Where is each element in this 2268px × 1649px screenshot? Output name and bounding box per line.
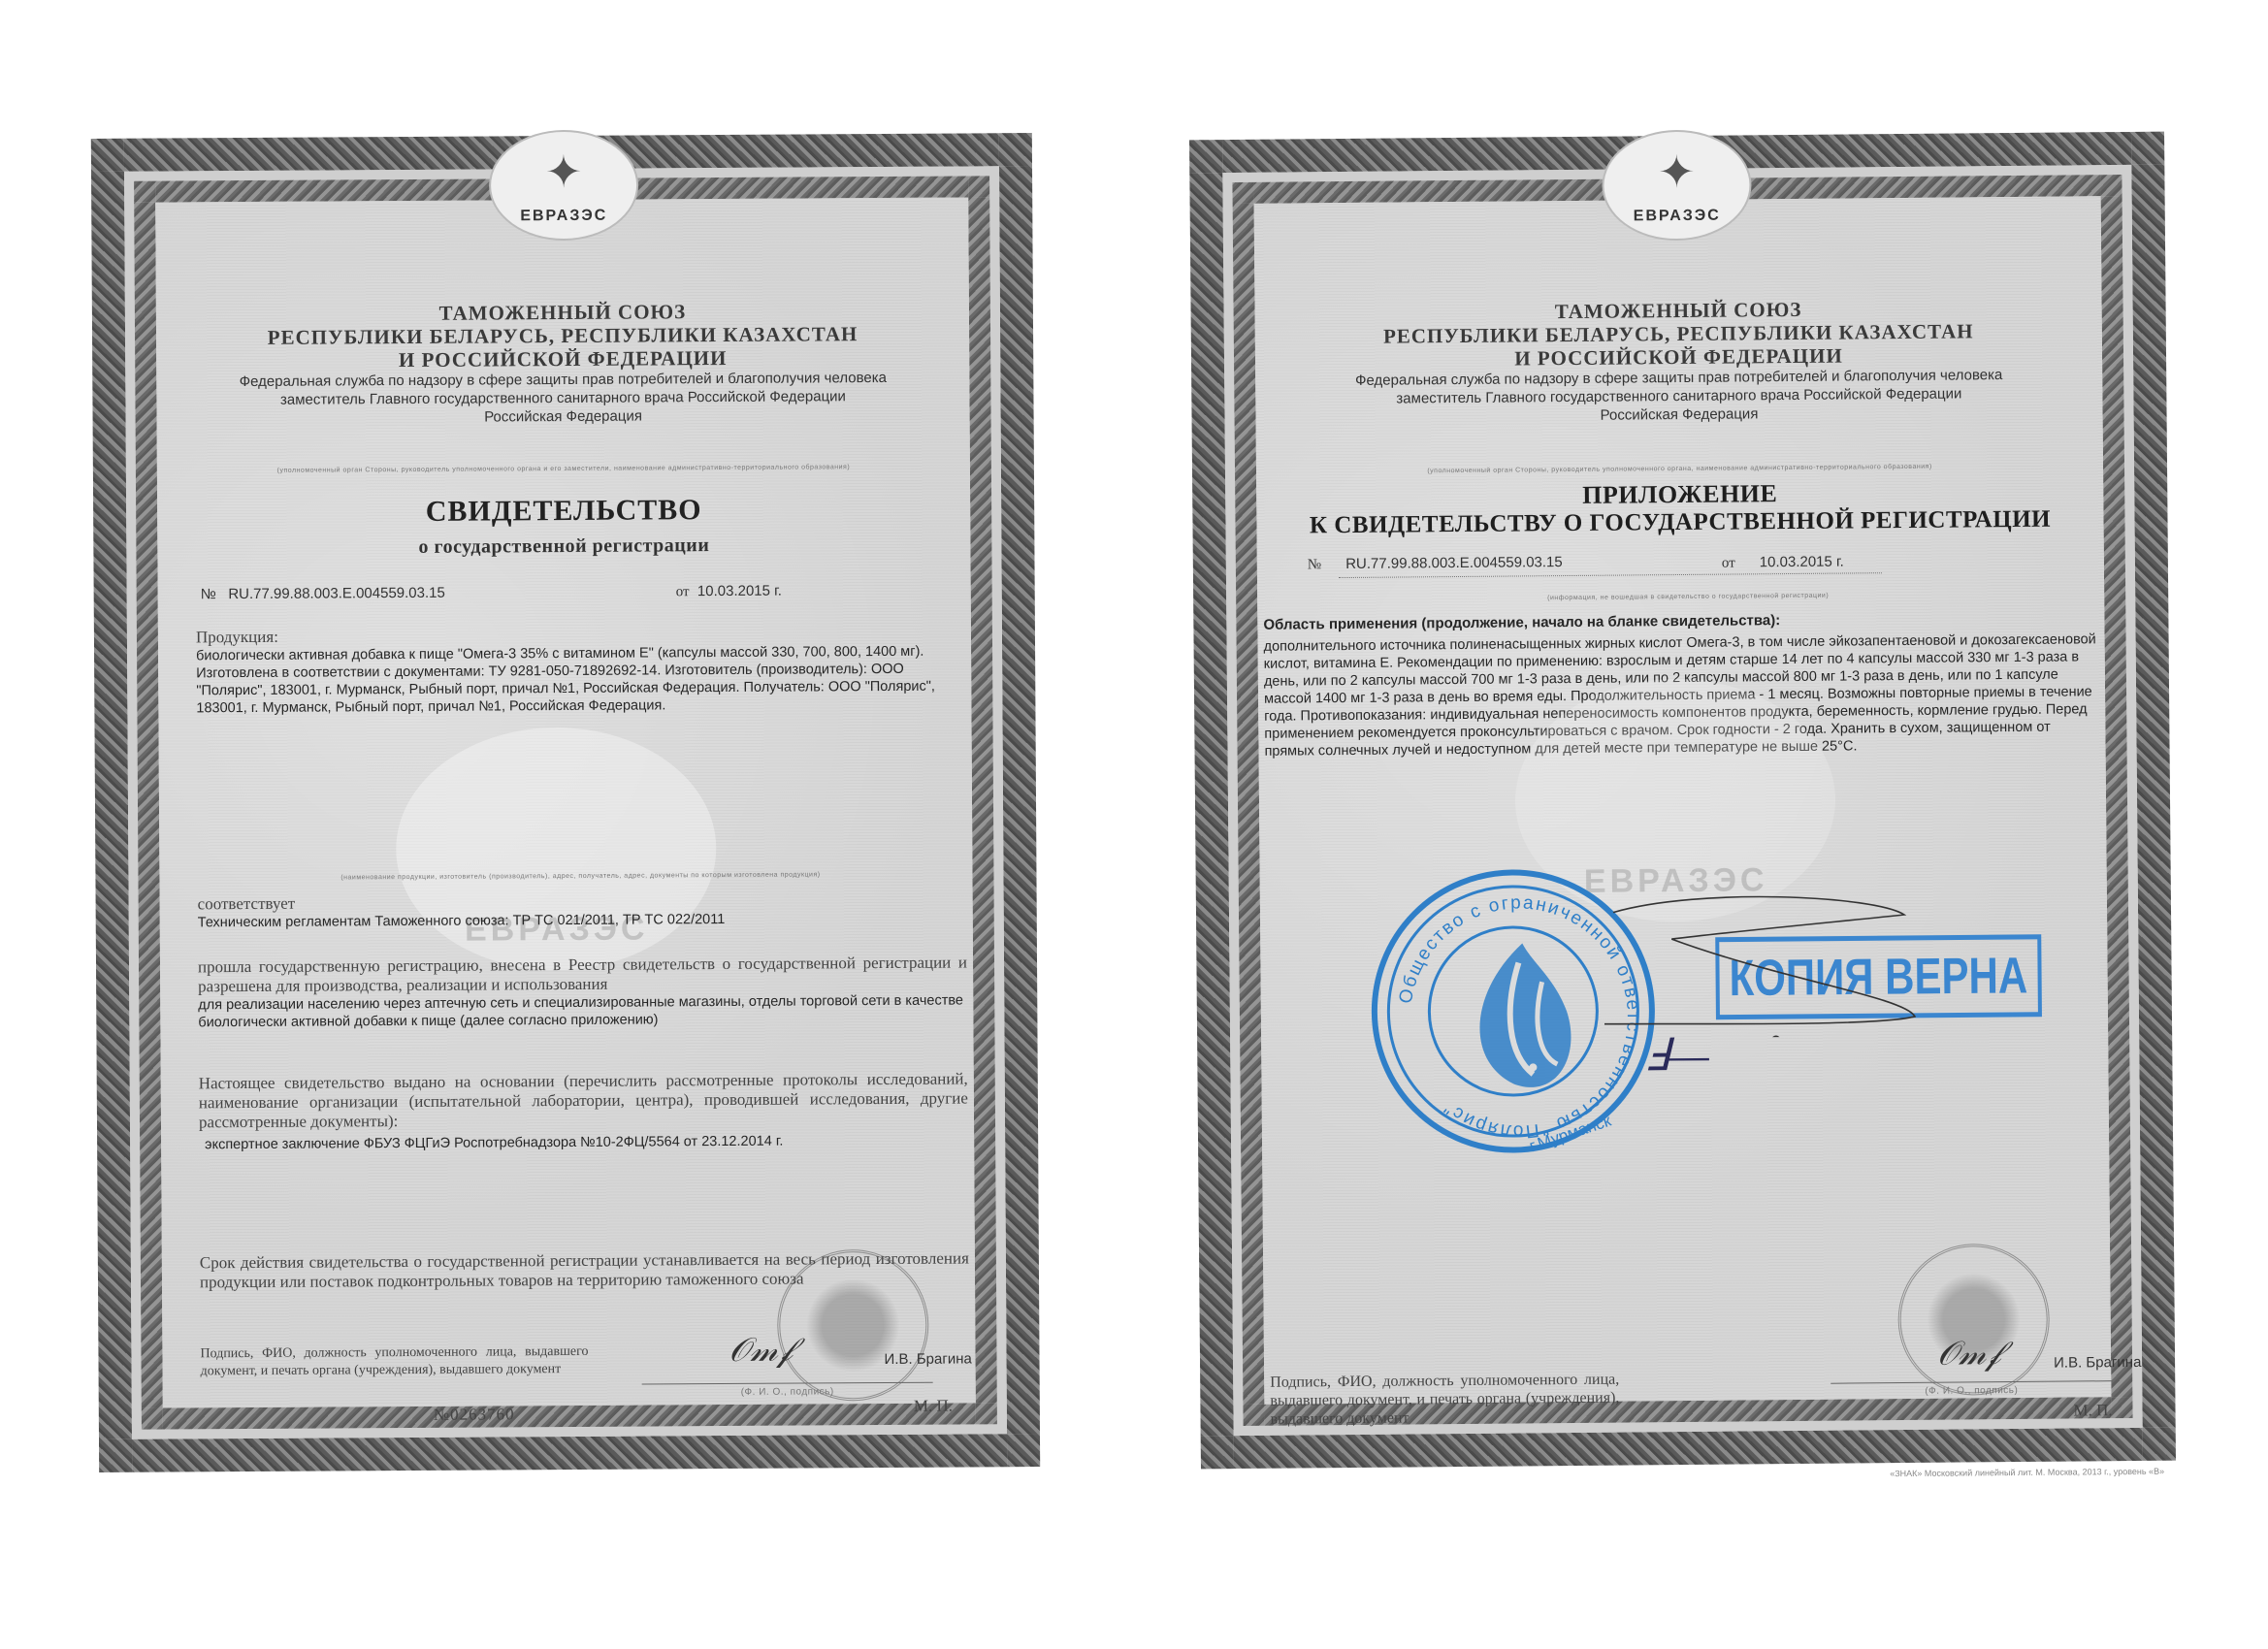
signer-caption: (Ф. И. О., подпись) [642, 1386, 933, 1399]
form-serial-number: №0263760 [434, 1405, 515, 1425]
registration-date: от 10.03.2015 г. [1722, 554, 1844, 572]
eurasec-logo: ✦ ЕВРАЗЭС [489, 130, 639, 242]
registration-date: от 10.03.2015 г. [676, 583, 782, 601]
product-section: Продукция: биологически активная добавка… [196, 623, 968, 717]
registration-number: № RU.77.99.88.003.Е.004559.03.15 [201, 585, 445, 603]
issuing-authority-header: ТАМОЖЕННЫЙ СОЮЗ РЕСПУБЛИКИ БЕЛАРУСЬ, РЕС… [1259, 295, 2099, 428]
handwritten-signature [1584, 890, 1954, 1039]
seal-place-mark: М. П. [2073, 1401, 2112, 1420]
printer-note: «ЗНАК» Московский линейный лит. М. Москв… [1890, 1467, 2164, 1478]
eagle-emblem-icon: ✦ [545, 145, 583, 198]
document-title: СВИДЕТЕЛЬСТВО [161, 492, 966, 530]
government-seal [1897, 1244, 2050, 1396]
seal-place-mark: М. П. [914, 1397, 953, 1416]
certificate-sheet: ✦ ЕВРАЗЭС ТАМОЖЕННЫЙ СОЮЗ РЕСПУБЛИКИ БЕЛ… [91, 133, 1040, 1472]
handwritten-signature: 𝒪𝓂𝒻 [729, 1333, 793, 1370]
signature-caption: Подпись, ФИО, должность уполномоченного … [1270, 1371, 1619, 1429]
appendix-sheet: ✦ ЕВРАЗЭС ТАМОЖЕННЫЙ СОЮЗ РЕСПУБЛИКИ БЕЛ… [1189, 132, 2176, 1470]
registration-number: № RU.77.99.88.003.Е.004559.03.15 [1308, 554, 1563, 573]
eagle-emblem-icon: ✦ [1658, 145, 1696, 198]
conformity-section: соответствует Техническим регламентам Та… [198, 889, 969, 931]
handwritten-signature: 𝒪𝓂𝒻 [1937, 1336, 2001, 1374]
eurasec-watermark: ЕВРАЗЭС [396, 727, 718, 971]
government-seal [777, 1249, 929, 1402]
basis-section: Настоящее свидетельство выдано на основа… [199, 1069, 968, 1153]
registration-section: прошла государственную регистрацию, внес… [198, 953, 967, 1031]
signer-name: И.В. Брагина [884, 1350, 971, 1368]
signature-caption: Подпись, ФИО, должность уполномоченного … [200, 1343, 588, 1380]
initials-signature: Ⅎ— [1643, 1028, 1709, 1082]
issuing-authority-header: ТАМОЖЕННЫЙ СОЮЗ РЕСПУБЛИКИ БЕЛАРУСЬ, РЕС… [160, 298, 966, 428]
signer-name: И.В. Брагина [2054, 1354, 2141, 1372]
